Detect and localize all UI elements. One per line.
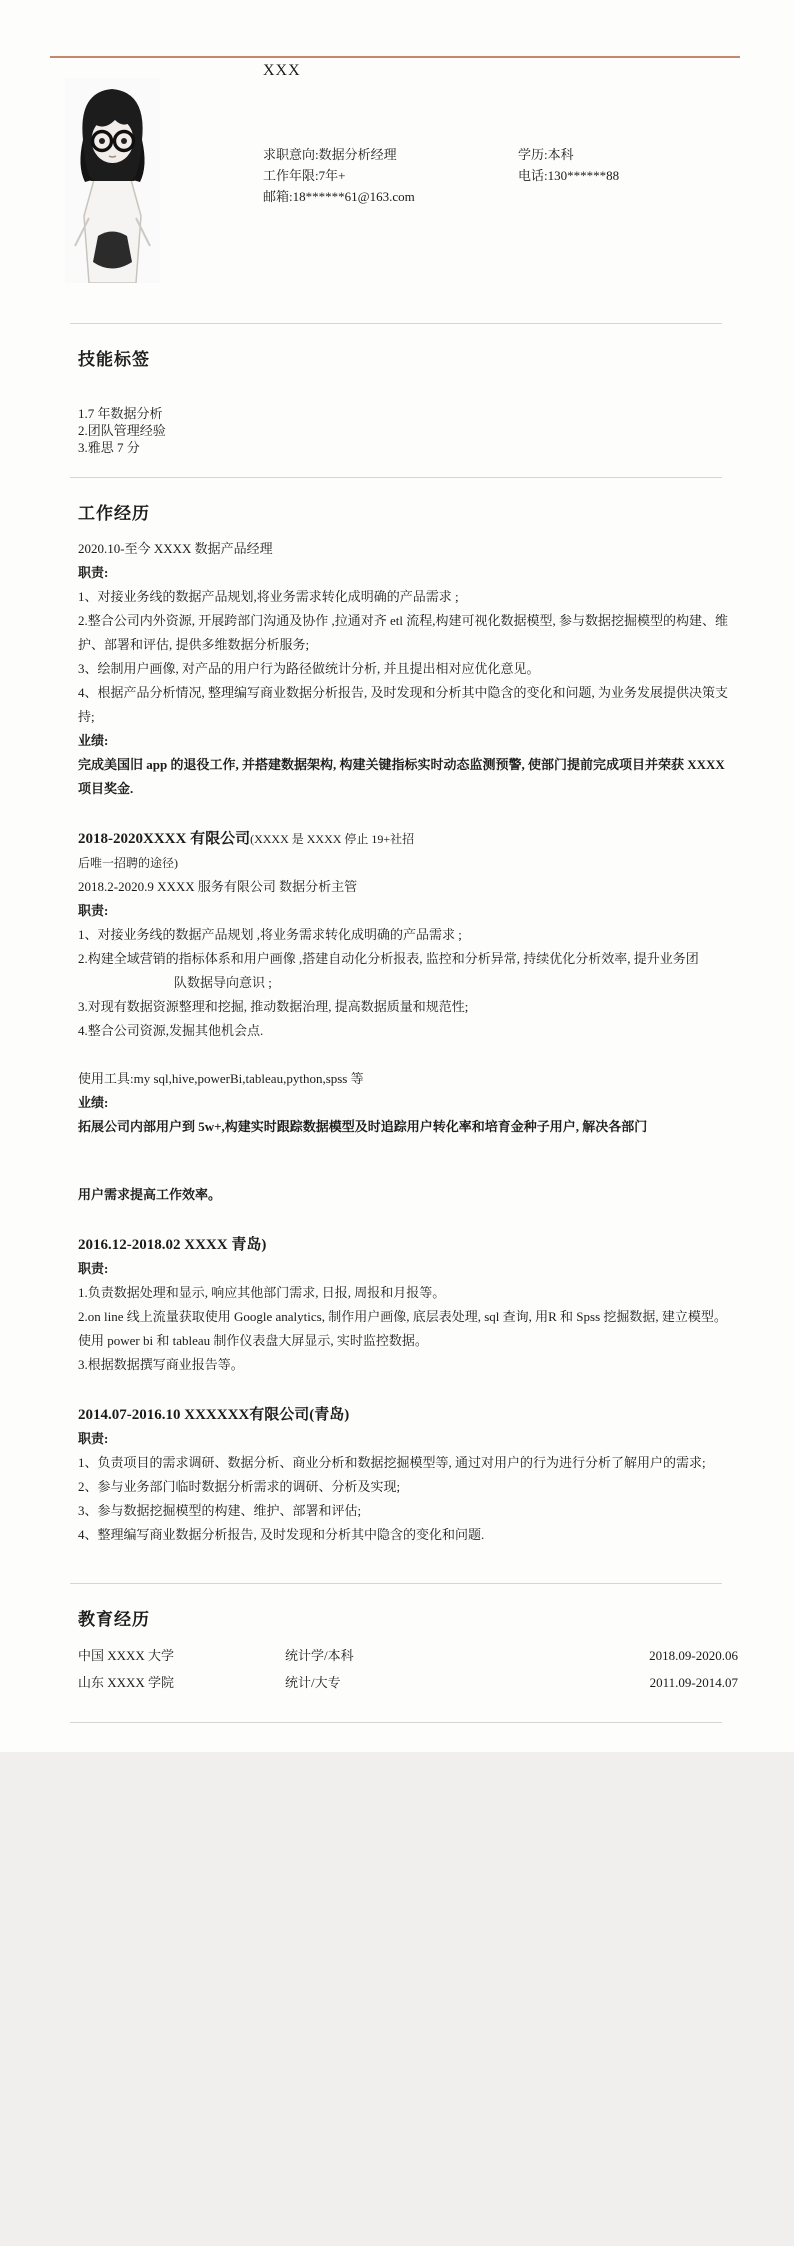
- school-name: 中国 XXXX 大学: [78, 1642, 285, 1669]
- study-period: 2018.09-2020.06: [649, 1642, 738, 1669]
- section-divider: [70, 477, 722, 478]
- achievement-text: 拓展公司内部用户到 5w+,构建实时跟踪数据模型及时追踪用户转化率和培育金种子用…: [78, 1115, 738, 1139]
- work-years: 工作年限:7年+: [263, 165, 518, 186]
- job-company-note: (XXXX 是 XXXX 停止 19+社招: [250, 832, 414, 846]
- duty-label: 职责:: [78, 561, 738, 585]
- skill-item: 3.雅思 7 分: [78, 439, 738, 456]
- duty-label: 职责:: [78, 1257, 738, 1281]
- section-education: 教育经历 中国 XXXX 大学 统计学/本科 2018.09-2020.06 山…: [78, 1605, 738, 1696]
- profile-info-right: 学历:本科 电话:130******88: [518, 144, 619, 207]
- job-header: 2014.07-2016.10 XXXXXX有限公司(青岛): [78, 1403, 738, 1427]
- section-divider: [70, 1583, 722, 1584]
- section-divider: [70, 323, 722, 324]
- resume-page: XXX 求职意向:数据分析经理 工作年限:7年+ 邮箱:18******61@1…: [0, 0, 794, 2246]
- job-header: 2018-2020XXXX 有限公司(XXXX 是 XXXX 停止 19+社招: [78, 827, 738, 851]
- education-rows: 中国 XXXX 大学 统计学/本科 2018.09-2020.06 山东 XXX…: [78, 1642, 738, 1696]
- job-gap: [78, 1377, 738, 1403]
- duty-item: 3.对现有数据资源整理和挖掘, 推动数据治理, 提高数据质量和规范性;: [78, 995, 738, 1019]
- work-title: 工作经历: [78, 499, 738, 524]
- duty-item: 1、对接业务线的数据产品规划 ,将业务需求转化成明确的产品需求 ;: [78, 923, 738, 947]
- duty-item: 3、绘制用户画像, 对产品的用户行为路径做统计分析, 并且提出相对应优化意见。: [78, 657, 738, 681]
- duty-item-continuation: 队数据导向意识 ;: [78, 971, 738, 995]
- major-degree: 统计/大专: [285, 1669, 650, 1696]
- section-divider: [70, 1722, 722, 1723]
- email-value: 邮箱:18******61@163.com: [263, 186, 518, 207]
- duty-item: 2.整合公司内外资源, 开展跨部门沟通及协作 ,拉通对齐 etl 流程,构建可视…: [78, 609, 738, 657]
- duty-label: 职责:: [78, 1427, 738, 1451]
- resume-content: XXX 求职意向:数据分析经理 工作年限:7年+ 邮箱:18******61@1…: [0, 60, 794, 1723]
- degree-value: 学历:本科: [518, 144, 619, 165]
- achievement-text-continuation: 用户需求提高工作效率。: [78, 1183, 738, 1207]
- profile-text-block: XXX 求职意向:数据分析经理 工作年限:7年+ 邮箱:18******61@1…: [263, 60, 619, 283]
- tools-line: 使用工具:my sql,hive,powerBi,tableau,python,…: [78, 1067, 738, 1091]
- skills-title: 技能标签: [78, 345, 738, 370]
- job-subheader: 2018.2-2020.9 XXXX 服务有限公司 数据分析主管: [78, 875, 738, 899]
- job-gap: [78, 1207, 738, 1233]
- page-break-spacer: [78, 1139, 738, 1183]
- education-title: 教育经历: [78, 1605, 738, 1630]
- major-degree: 统计学/本科: [285, 1642, 649, 1669]
- candidate-photo: [65, 78, 160, 283]
- section-skills: 技能标签 1.7 年数据分析 2.团队管理经验 3.雅思 7 分: [78, 345, 738, 456]
- blank-footer-area: [0, 1752, 794, 2246]
- phone-value: 电话:130******88: [518, 165, 619, 186]
- education-row: 中国 XXXX 大学 统计学/本科 2018.09-2020.06: [78, 1642, 738, 1669]
- duty-item: 4、整理编写商业数据分析报告, 及时发现和分析其中隐含的变化和问题.: [78, 1523, 738, 1547]
- profile-header: XXX 求职意向:数据分析经理 工作年限:7年+ 邮箱:18******61@1…: [78, 60, 738, 283]
- job-header: 2020.10-至今 XXXX 数据产品经理: [78, 537, 738, 561]
- duty-item: 2、参与业务部门临时数据分析需求的调研、分析及实现;: [78, 1475, 738, 1499]
- resume-sheet: XXX 求职意向:数据分析经理 工作年限:7年+ 邮箱:18******61@1…: [0, 0, 794, 1752]
- job-gap: [78, 801, 738, 827]
- duty-item: 1、负责项目的需求调研、数据分析、商业分析和数据挖掘模型等, 通过对用户的行为进…: [78, 1451, 738, 1475]
- achievement-label: 业绩:: [78, 729, 738, 753]
- duty-item: 1、对接业务线的数据产品规划,将业务需求转化成明确的产品需求 ;: [78, 585, 738, 609]
- duty-label: 职责:: [78, 899, 738, 923]
- candidate-name: XXX: [263, 62, 619, 80]
- job-company-note-cont: 后唯一招聘的途径): [78, 851, 738, 875]
- duty-item: 3.根据数据撰写商业报告等。: [78, 1353, 738, 1377]
- skills-list: 1.7 年数据分析 2.团队管理经验 3.雅思 7 分: [78, 405, 738, 456]
- job-block-1: 2020.10-至今 XXXX 数据产品经理 职责: 1、对接业务线的数据产品规…: [78, 537, 738, 801]
- job-intent: 求职意向:数据分析经理: [263, 144, 518, 165]
- job-company-bold: 2018-2020XXXX 有限公司: [78, 831, 250, 847]
- duty-item: 2.构建全域营销的指标体系和用户画像 ,搭建自动化分析报表, 监控和分析异常, …: [78, 947, 738, 971]
- cartoon-girl-avatar-illustration: [65, 78, 160, 283]
- section-work-experience: 工作经历 2020.10-至今 XXXX 数据产品经理 职责: 1、对接业务线的…: [78, 499, 738, 1547]
- job-block-4: 2014.07-2016.10 XXXXXX有限公司(青岛) 职责: 1、负责项…: [78, 1403, 738, 1547]
- education-row: 山东 XXXX 学院 统计/大专 2011.09-2014.07: [78, 1669, 738, 1696]
- job-block-3: 2016.12-2018.02 XXXX 青岛) 职责: 1.负责数据处理和显示…: [78, 1233, 738, 1377]
- skill-item: 2.团队管理经验: [78, 422, 738, 439]
- skill-item: 1.7 年数据分析: [78, 405, 738, 422]
- achievement-label: 业绩:: [78, 1091, 738, 1115]
- study-period: 2011.09-2014.07: [650, 1669, 738, 1696]
- duty-item: 4.整合公司资源,发掘其他机会点.: [78, 1019, 738, 1043]
- profile-info-columns: 求职意向:数据分析经理 工作年限:7年+ 邮箱:18******61@163.c…: [263, 144, 619, 207]
- duty-item: 3、参与数据挖掘模型的构建、维护、部署和评估;: [78, 1499, 738, 1523]
- job-header: 2016.12-2018.02 XXXX 青岛): [78, 1233, 738, 1257]
- school-name: 山东 XXXX 学院: [78, 1669, 285, 1696]
- accent-top-line: [50, 56, 740, 58]
- duty-item: 1.负责数据处理和显示, 响应其他部门需求, 日报, 周报和月报等。: [78, 1281, 738, 1305]
- duty-item: 4、根据产品分析情况, 整理编写商业数据分析报告, 及时发现和分析其中隐含的变化…: [78, 681, 738, 729]
- job-block-2: 2018-2020XXXX 有限公司(XXXX 是 XXXX 停止 19+社招 …: [78, 827, 738, 1207]
- profile-info-left: 求职意向:数据分析经理 工作年限:7年+ 邮箱:18******61@163.c…: [263, 144, 518, 207]
- duty-item: 2.on line 线上流量获取使用 Google analytics, 制作用…: [78, 1305, 738, 1353]
- achievement-text: 完成美国旧 app 的退役工作, 并搭建数据架构, 构建关键指标实时动态监测预警…: [78, 753, 738, 801]
